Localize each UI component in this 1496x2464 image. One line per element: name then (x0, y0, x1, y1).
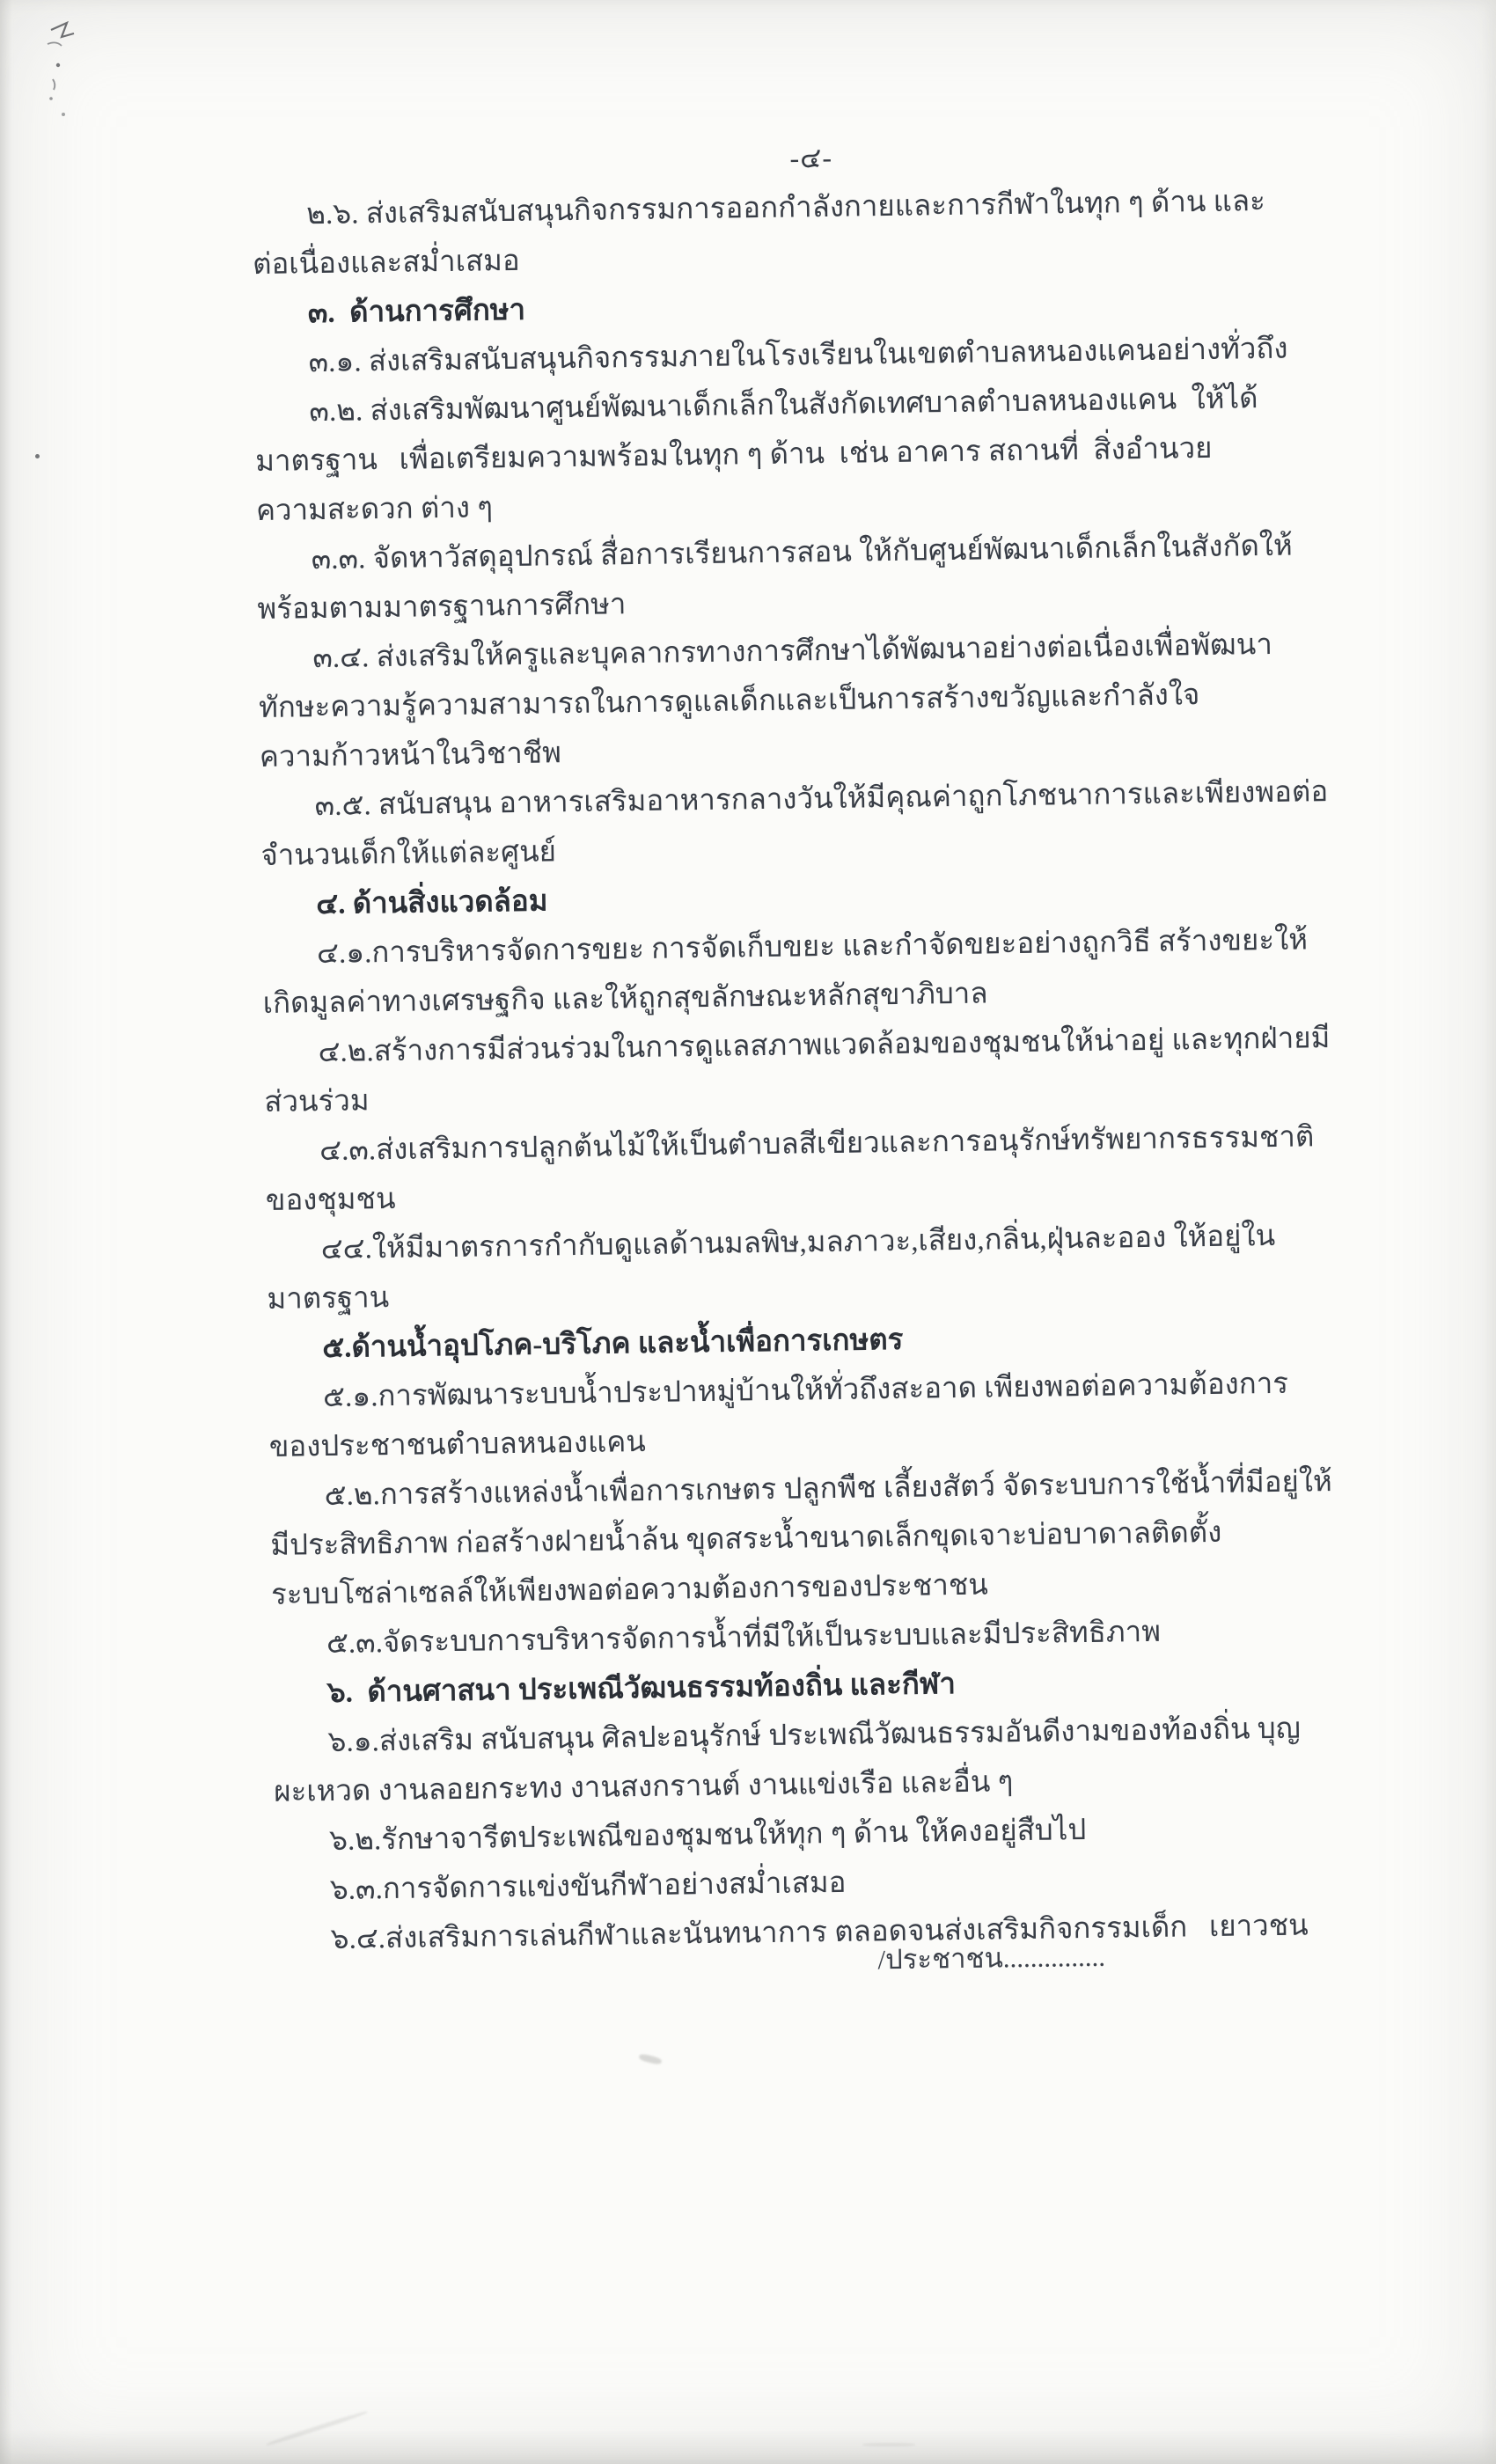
scan-edge-shadow-bottom (0, 2429, 1496, 2464)
scan-smudge (862, 2443, 915, 2446)
scan-edge-shadow-left (0, 0, 12, 2464)
page-number: -๔- (789, 136, 832, 181)
scan-smudge (638, 2053, 662, 2065)
continuation-footer: /ประชาชน............... (877, 1934, 1105, 1982)
ink-speck (62, 113, 65, 116)
pencil-scribble-artifact (25, 14, 130, 111)
scanned-page-content: -๔- ๒.๖. ส่งเสริมสนับสนุนกิจกรรมการออกกำ… (251, 126, 1157, 2030)
document-body: ๒.๖. ส่งเสริมสนับสนุนกิจกรรมการออกกำลังก… (252, 179, 1156, 1965)
ink-speck (35, 454, 40, 458)
